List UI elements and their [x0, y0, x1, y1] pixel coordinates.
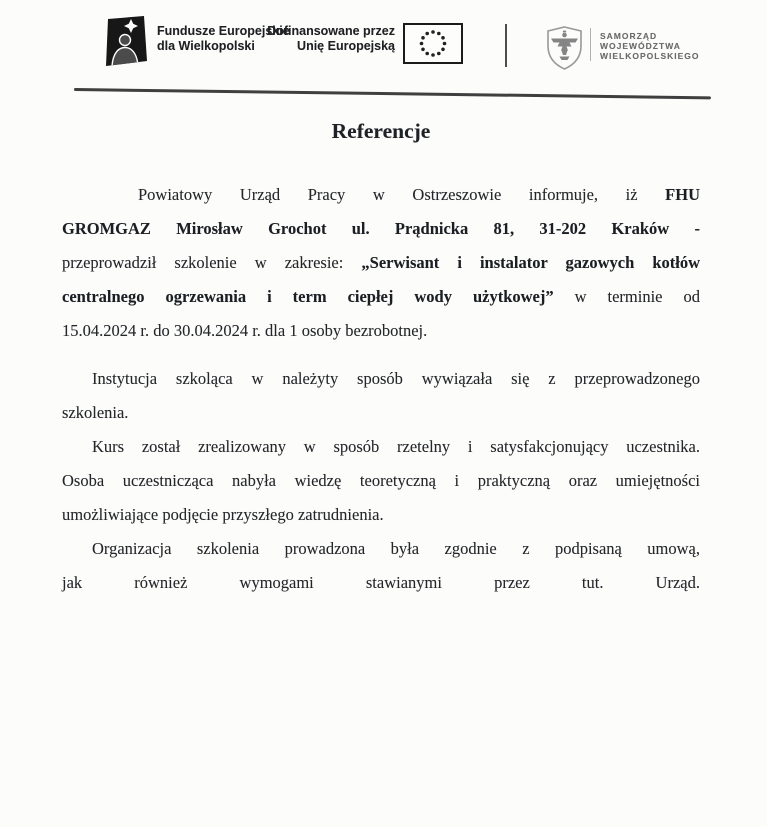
voivodeship-label-line2: WOJEWÓDZTWA — [600, 41, 700, 51]
text-run: Instytucja szkoląca w należyty sposób wy… — [92, 369, 700, 388]
text-line: 15.04.2024 r. do 30.04.2024 r. dla 1 oso… — [62, 314, 700, 348]
text-line: przeprowadził szkolenie w zakresie: „Ser… — [62, 246, 700, 280]
text-run: umożliwiające podjęcie przyszłego zatrud… — [62, 505, 384, 524]
scanned-document-page: Fundusze Europejskie dla Wielkopolski Do… — [0, 0, 767, 827]
text-run: w terminie od — [554, 287, 700, 306]
voivodeship-label: SAMORZĄD WOJEWÓDZTWA WIELKOPOLSKIEGO — [600, 31, 700, 61]
eu-funding-label: Dofinansowane przez Unię Europejską — [252, 24, 395, 53]
text-run: Powiatowy Urząd Pracy w Ostrzeszowie inf… — [138, 185, 665, 204]
text-line: Organizacja szkolenia prowadzona była zg… — [62, 532, 700, 566]
eu-flag-icon — [403, 23, 463, 64]
letter-body: Referencje Powiatowy Urząd Pracy w Ostrz… — [62, 116, 700, 600]
text-line: umożliwiające podjęcie przyszłego zatrud… — [62, 498, 700, 532]
text-line: GROMGAZ Mirosław Grochot ul. Prądnicka 8… — [62, 212, 700, 246]
text-run: Osoba uczestnicząca nabyła wiedzę teoret… — [62, 471, 700, 490]
text-line: Powiatowy Urząd Pracy w Ostrzeszowie inf… — [62, 178, 700, 212]
text-run: 15.04.2024 r. do 30.04.2024 r. dla 1 oso… — [62, 321, 427, 340]
crest-vertical-divider — [590, 28, 591, 61]
header-horizontal-rule — [74, 88, 711, 99]
text-line: Kurs został zrealizowany w sposób rzetel… — [62, 430, 700, 464]
header-vertical-divider — [505, 24, 507, 67]
eu-funding-label-line1: Dofinansowane przez — [252, 24, 395, 39]
text-line: centralnego ogrzewania i term ciepłej wo… — [62, 280, 700, 314]
paragraph-organization: Organizacja szkolenia prowadzona była zg… — [62, 532, 700, 600]
text-run: jak również wymogami stawianymi przez tu… — [62, 573, 700, 592]
voivodeship-label-line3: WIELKOPOLSKIEGO — [600, 51, 700, 61]
text-line: Instytucja szkoląca w należyty sposób wy… — [62, 362, 700, 396]
text-run: szkolenia. — [62, 403, 128, 422]
text-run: Kurs został zrealizowany w sposób rzetel… — [92, 437, 700, 456]
eu-funding-label-line2: Unię Europejską — [252, 39, 395, 54]
text-run-bold: FHU — [665, 185, 700, 204]
page-title: Referencje — [62, 116, 700, 146]
text-line: jak również wymogami stawianymi przez tu… — [62, 566, 700, 600]
paragraph-institution: Instytucja szkoląca w należyty sposób wy… — [62, 362, 700, 430]
paragraph-course: Kurs został zrealizowany w sposób rzetel… — [62, 430, 700, 532]
text-line: Osoba uczestnicząca nabyła wiedzę teoret… — [62, 464, 700, 498]
text-line: szkolenia. — [62, 396, 700, 430]
text-run-bold: GROMGAZ Mirosław Grochot ul. Prądnicka 8… — [62, 219, 700, 238]
text-run: przeprowadził szkolenie w zakresie: — [62, 253, 361, 272]
text-run: Organizacja szkolenia prowadzona była zg… — [92, 539, 700, 558]
text-run-bold: „Serwisant i instalator gazowych kotłów — [361, 253, 700, 272]
voivodeship-label-line1: SAMORZĄD — [600, 31, 700, 41]
paragraph-intro: Powiatowy Urząd Pracy w Ostrzeszowie inf… — [62, 178, 700, 348]
wielkopolska-coat-of-arms-icon — [546, 25, 583, 71]
text-run-bold: centralnego ogrzewania i term ciepłej wo… — [62, 287, 554, 306]
eu-funds-flag-icon — [103, 14, 148, 66]
